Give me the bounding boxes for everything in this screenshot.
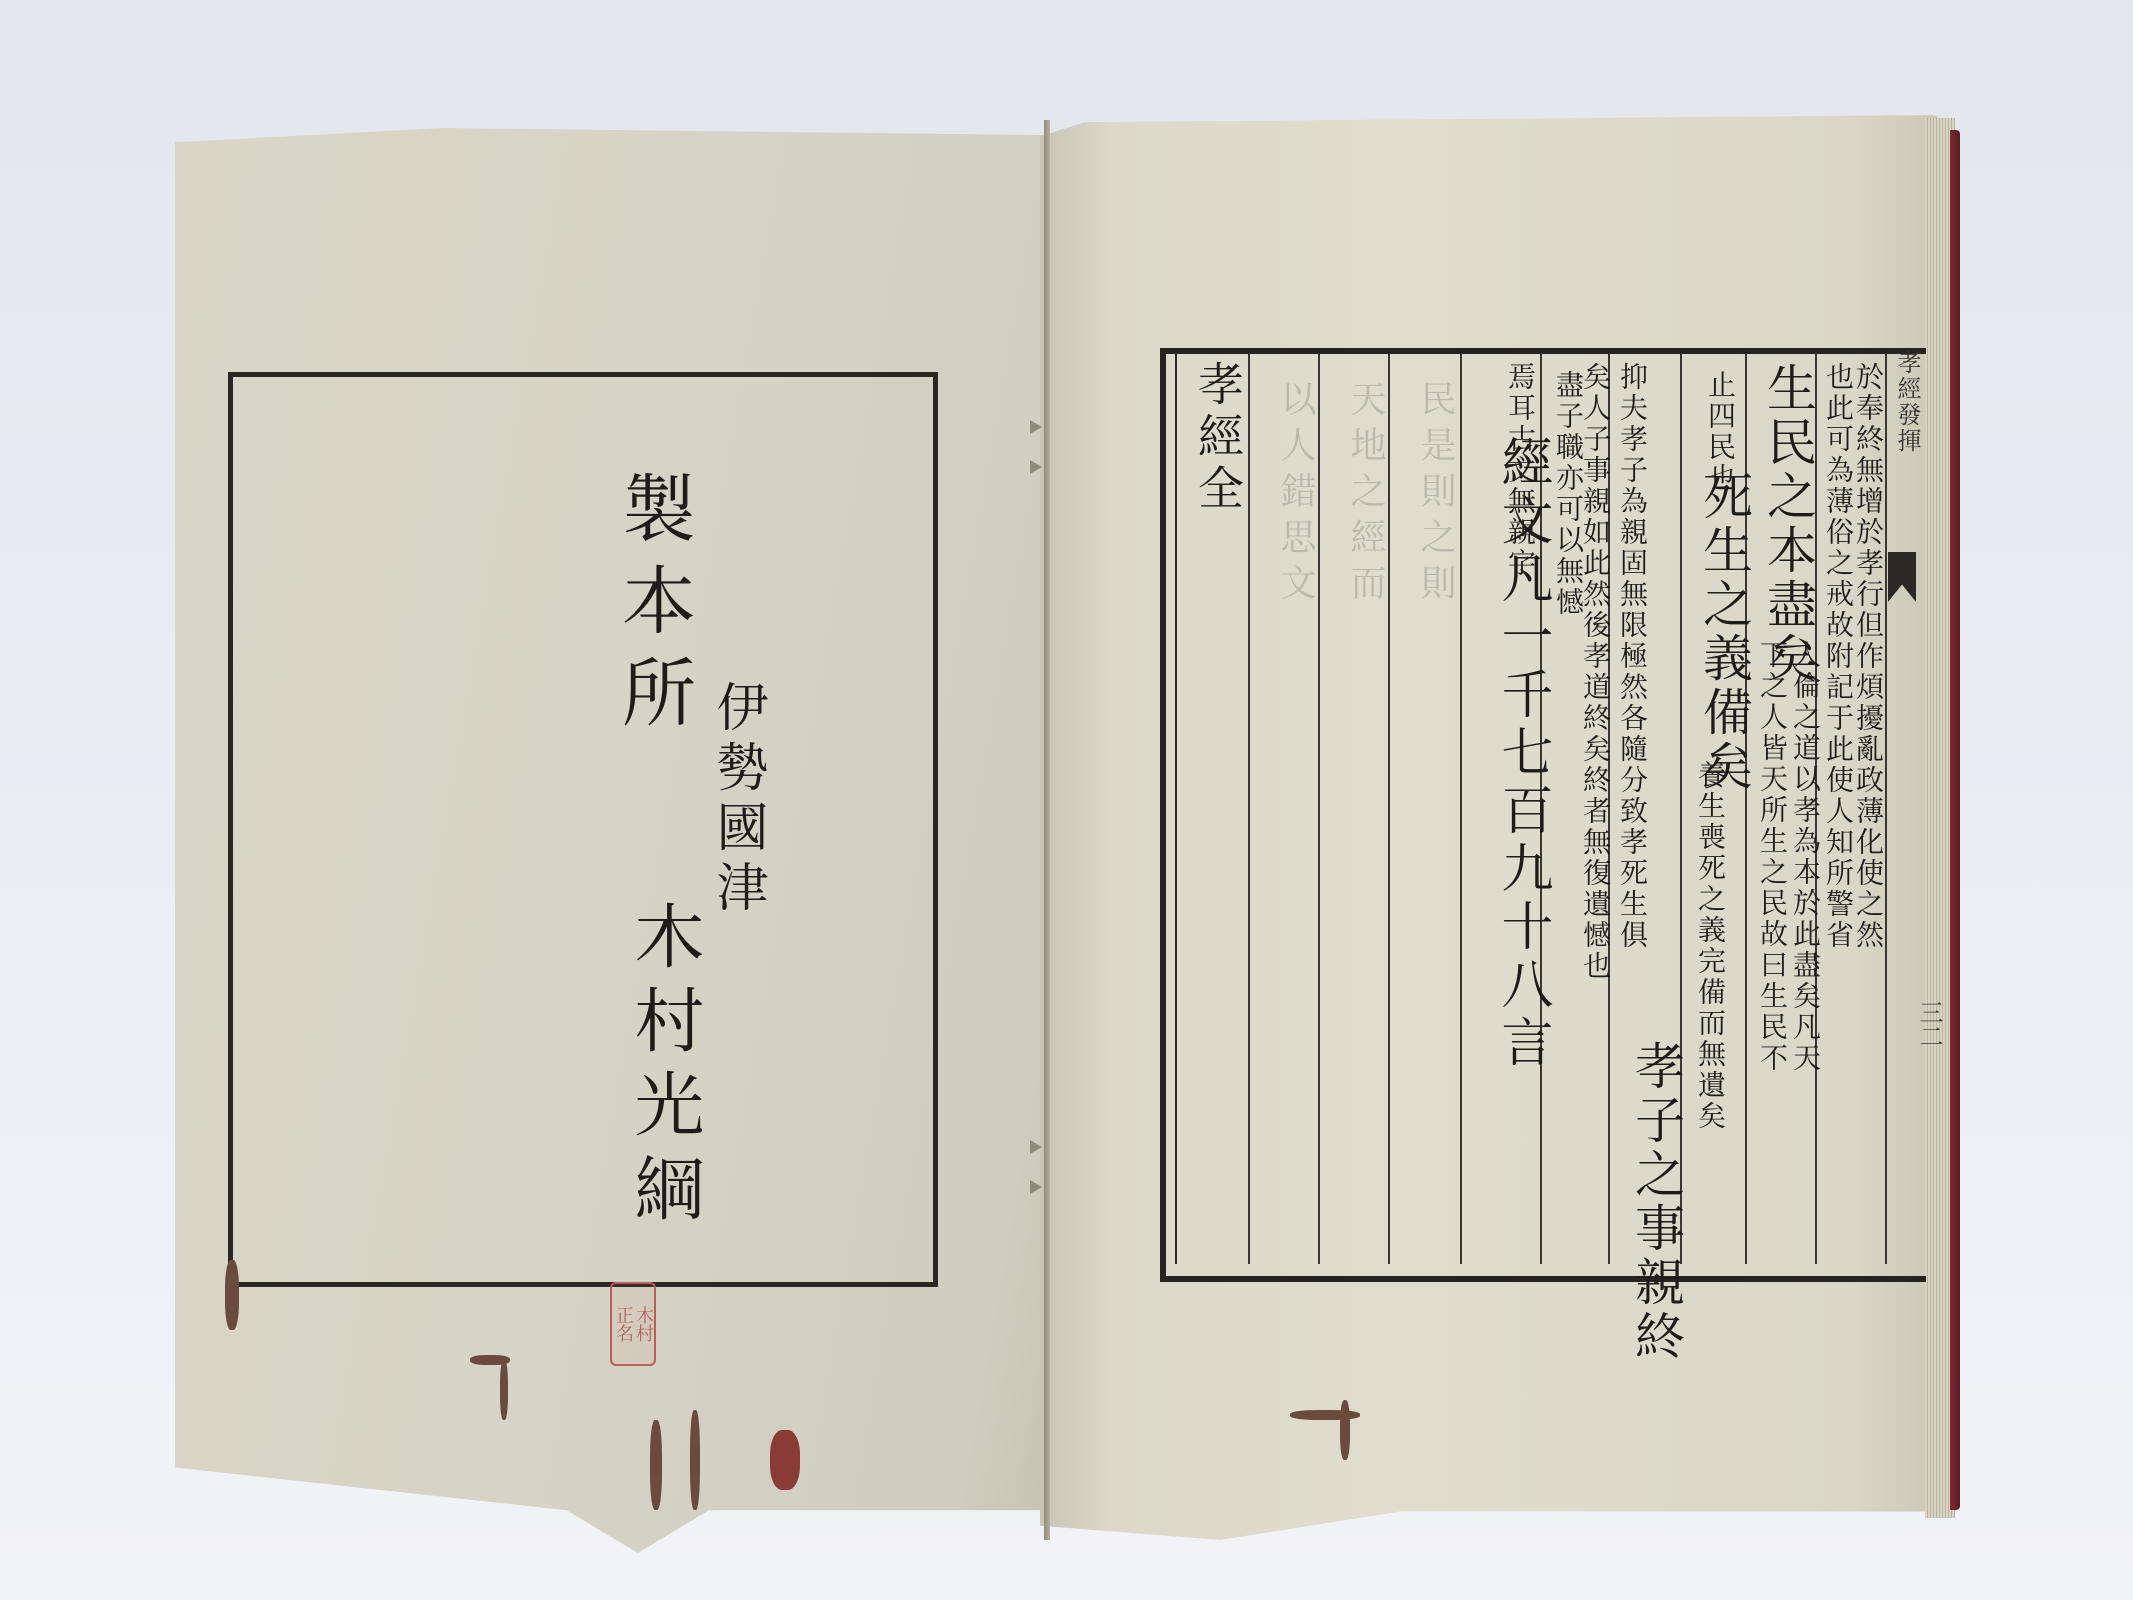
frame-inner-rule: [1175, 354, 1177, 1264]
worm-damage: [500, 1360, 508, 1420]
worm-damage: [1340, 1400, 1350, 1460]
publisher-location: 伊勢國津: [700, 680, 775, 920]
bleed-through-text: 民是則之則: [1410, 380, 1461, 610]
running-head: 孝經發揮: [1890, 350, 1925, 454]
page-number: 三二: [1912, 1000, 1947, 1048]
worm-damage: [690, 1410, 700, 1510]
colophon-frame: [228, 372, 938, 1287]
closing-title: 孝經全: [1185, 360, 1251, 516]
open-book: 製本所 伊勢國津 木村光綱 木村 正名 孝經全 經文凡一千七百九十八言 於奉終無…: [0, 0, 2133, 1600]
bleed-through-text: 以人錯思文: [1270, 380, 1321, 610]
text-column: 抑夫孝子為親固無限極然各隨分致孝死生俱: [1612, 362, 1652, 951]
book-gutter: [1044, 120, 1050, 1540]
worm-damage: [770, 1430, 800, 1490]
text-column: 養生喪死之義完備而無遺矣: [1690, 760, 1730, 1132]
text-column: 人倫之道以孝為本於此盡矣凡天: [1785, 640, 1825, 1074]
red-seal-stamp: 木村 正名: [610, 1282, 656, 1366]
colophon-label: 製本所: [600, 470, 706, 746]
book-cover-edge: [1950, 130, 1960, 1510]
worm-damage: [650, 1420, 662, 1510]
text-column: 生民之本盡矣: [1752, 362, 1824, 686]
text-column: 孝子之事親終: [1620, 1040, 1692, 1364]
text-column: 盡子職亦可以無憾: [1548, 370, 1588, 618]
seal-left-text: 正名: [614, 1306, 632, 1342]
worm-damage: [225, 1260, 239, 1330]
text-column: 死生之義備矣: [1688, 470, 1760, 794]
seal-right-text: 木村: [634, 1306, 652, 1342]
text-column: 焉耳古文無親字: [1500, 362, 1540, 579]
publisher-name: 木村光綱: [614, 900, 715, 1236]
bleed-through-text: 天地之經而: [1340, 380, 1391, 610]
